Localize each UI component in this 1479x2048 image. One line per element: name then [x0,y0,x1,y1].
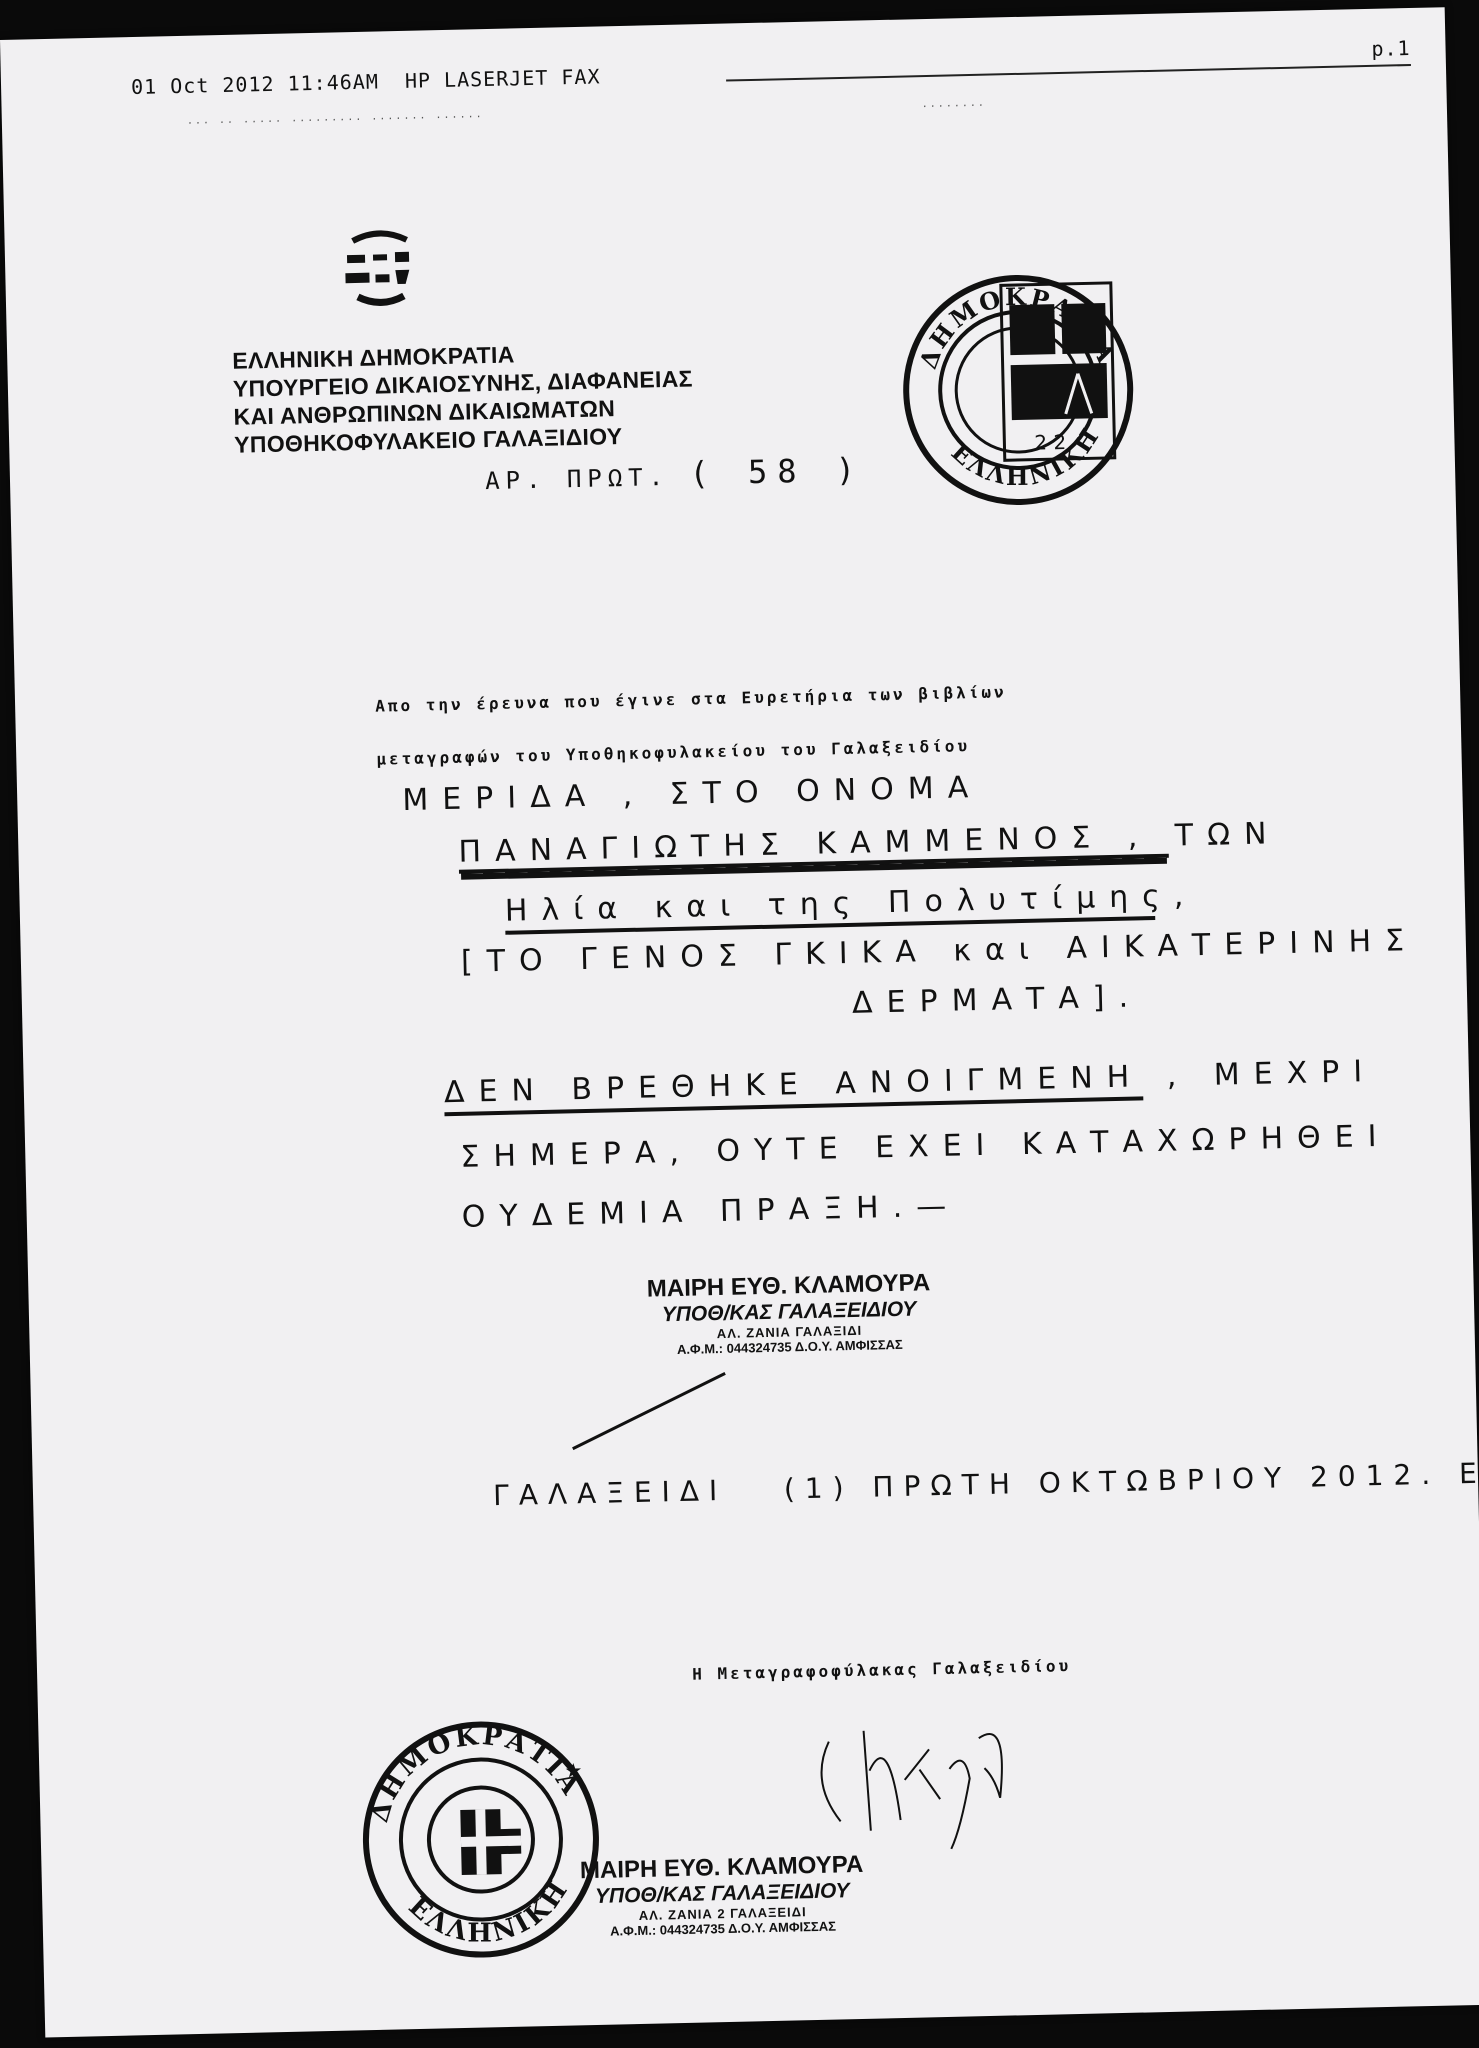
signatory-title: Η Μεταγραφοφύλακας Γαλαξειδίου [692,1656,1071,1684]
handwritten-line: ΔΕΡΜΑΤΑ]. [852,979,1143,1021]
fax-timestamp: 01 Oct 2012 11:46AM HP LASERJET FAX [131,64,601,99]
date-place: ΓΑΛΑΞΕΙΔΙ [493,1474,728,1512]
handwritten-signature-icon [808,1707,1041,1862]
handwritten-result-line: ΔΕΝ ΒΡΕΘΗΚΕ ΑΝΟΙΓΜΕΝΗ , ΜΕΧΡΙ [444,1054,1377,1110]
handwritten-line: ΣΗΜΕΡΑ, ΟΥΤΕ ΕΧΕΙ ΚΑΤΑΧΩΡΗΘΕΙ [460,1119,1391,1175]
typed-text-line: μεταγραφών του Υποθηκοφυλακείου του Γαλα… [376,736,970,768]
fax-noise-left: ... .. ..... ......... ....... ...... [187,109,484,127]
fax-device: HP LASERJET FAX [405,64,601,92]
handwritten-phrase: , ΜΕΧΡΙ [1166,1054,1376,1094]
protocol-value: ( 58 ) [689,450,865,492]
date-text: (1) ΠΡΩΤΗ ΟΚΤΩΒΡΙΟΥ 2012. ΕΤΟΥΣ.— [784,1453,1479,1506]
fax-datetime: 01 Oct 2012 11:46AM [131,69,379,99]
official-stamp-block: ΜΑΙΡΗ ΕΥΘ. ΚΛΑΜΟΥΡΑ ΥΠΟΘ/ΚΑΣ ΓΑΛΑΞΕΙΔΙΟΥ… [618,1269,960,1359]
official-stamp-block: ΜΑΙΡΗ ΕΥΘ. ΚΛΑΜΟΥΡΑ ΥΠΟΘ/ΚΑΣ ΓΑΛΑΞΕΙΔΙΟΥ… [561,1850,883,1939]
handwritten-line: ΜΕΡΙΔΑ , ΣΤΟ ΟΝΟΜΑ [402,770,983,818]
letterhead: ΕΛΛΗΝΙΚΗ ΔΗΜΟΚΡΑΤΙΑ ΥΠΟΥΡΓΕΙΟ ΔΙΚΑΙΟΣΥΝΗ… [232,336,694,458]
typed-text-line: Απο την έρευνα που έγινε στα Ευρετήρια τ… [375,682,1007,715]
fax-noise-right: ........ [922,98,986,110]
handwritten-parents-line: Ηλία και της Πολυτίμης, [504,879,1155,935]
fax-header: 01 Oct 2012 11:46AM HP LASERJET FAX p.1 [131,40,1411,105]
handwritten-name-line: ΠΑΝΑΓΙΩΤΗΣ ΚΑΜΜΕΝΟΣ , ΤΩΝ [458,819,1169,874]
coat-of-arms-icon [334,225,426,317]
protocol-number: ΑΡ. ΠΡΩΤ. ( 58 ) [485,450,866,497]
fax-page-number: p.1 [1371,36,1411,61]
date-line: ΓΑΛΑΞΕΙΔΙ (1) ΠΡΩΤΗ ΟΚΤΩΒΡΙΟΥ 2012. ΕΤΟΥ… [493,1453,1479,1512]
fax-page: 01 Oct 2012 11:46AM HP LASERJET FAX p.1 … [0,7,1479,2037]
fax-header-rule [726,64,1411,82]
official-seal-icon: ΔΗΜΟΚΡΑΤΙΑ ΕΛΛΗΝΙΚΗ 2 2 [890,262,1146,518]
protocol-label: ΑΡ. ΠΡΩΤ. [485,463,670,495]
svg-text:★: ★ [564,1760,582,1782]
handwritten-underlined-phrase: ΔΕΝ ΒΡΕΘΗΚΕ ΑΝΟΙΓΜΕΝΗ [444,1059,1144,1116]
handwritten-line: ΟΥΔΕΜΙΑ ΠΡΑΞΗ.— [461,1189,960,1235]
svg-text:2 2: 2 2 [1034,430,1066,455]
signature-stroke [572,1372,726,1450]
